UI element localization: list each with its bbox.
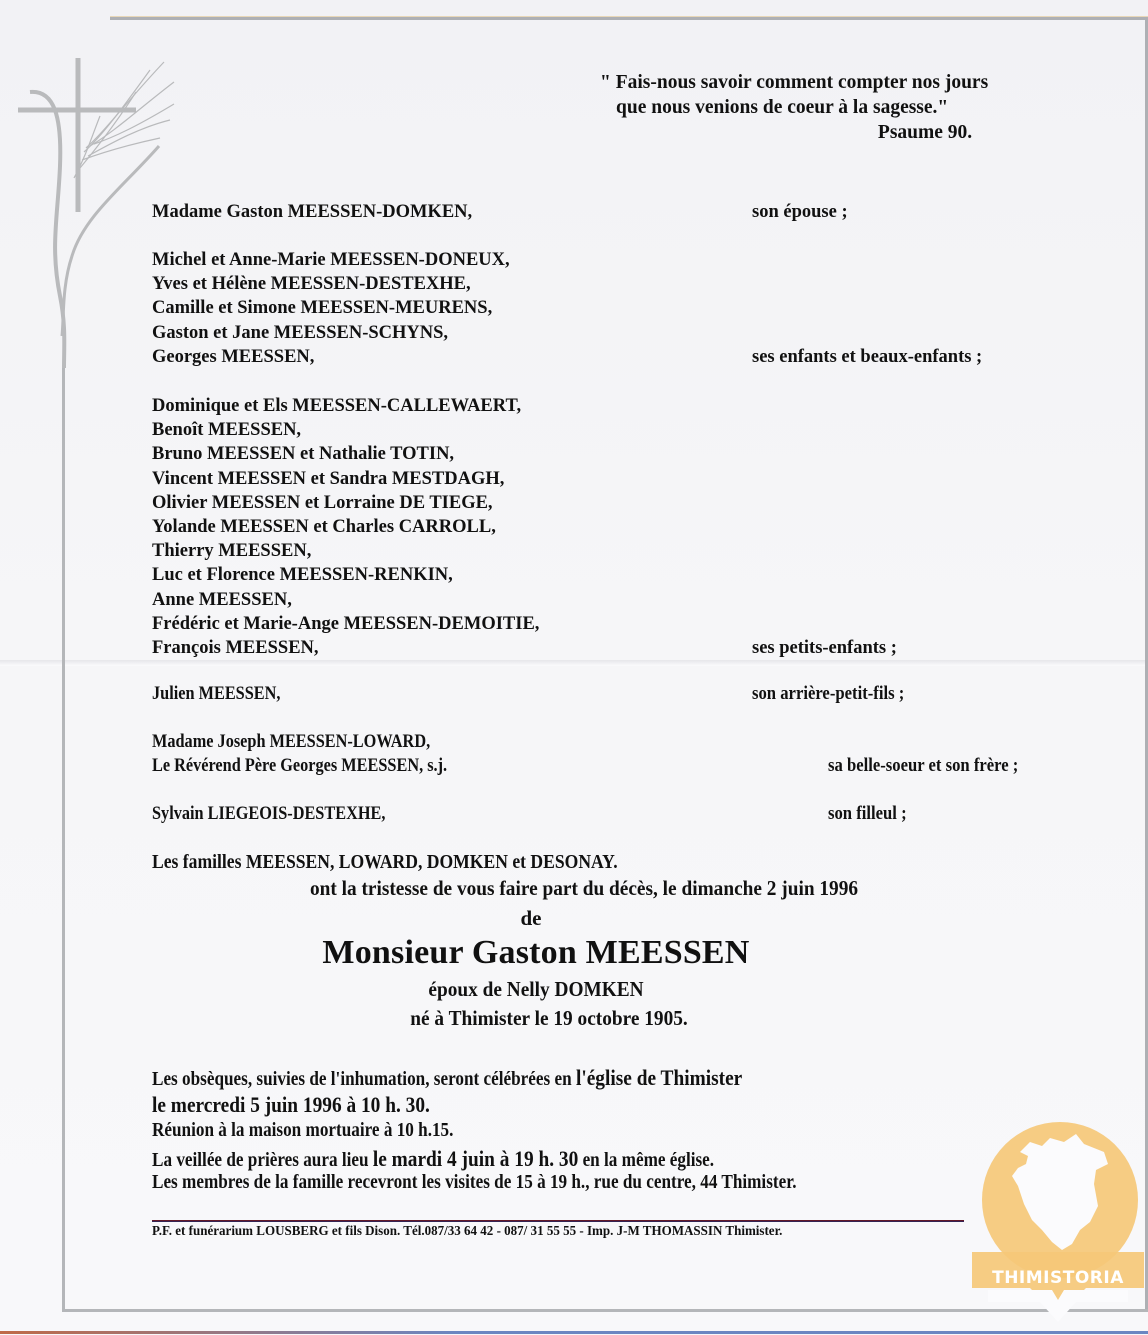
family-member-name: Camille et Simone MEESSEN-MEURENS, (152, 298, 492, 319)
family-member-name: Gaston et Jane MEESSEN-SCHYNS, (152, 323, 448, 344)
family-member-name: Madame Joseph MEESSEN-LOWARD, (152, 732, 430, 753)
family-relation: son épouse ; (752, 202, 848, 223)
footer-credits: P.F. et funérarium LOUSBERG et fils Diso… (152, 1224, 782, 1240)
psalm-quote: " Fais-nous savoir comment compter nos j… (600, 70, 988, 145)
church-name: l'église de Thimister (576, 1065, 742, 1090)
family-member-name: Olivier MEESSEN et Lorraine DE TIEGE, (152, 493, 493, 514)
visits-line: Les membres de la famille recevront les … (152, 1172, 797, 1194)
family-member-name: Sylvain LIEGEOIS-DESTEXHE, (152, 804, 385, 825)
family-relation: sa belle-soeur et son frère ; (828, 756, 1018, 777)
de-line: de (0, 906, 1062, 931)
deceased-name: Monsieur Gaston MEESSEN (0, 934, 1072, 972)
family-member-name: Michel et Anne-Marie MEESSEN-DONEUX, (152, 250, 510, 271)
family-member-name: Luc et Florence MEESSEN-RENKIN, (152, 565, 453, 586)
quote-line-1: " Fais-nous savoir comment compter nos j… (600, 70, 988, 95)
vigil-line: La veillée de prières aura lieu le mardi… (152, 1146, 714, 1172)
quote-line-2: que nous venions de coeur à la sagesse." (600, 95, 988, 120)
family-relation: ses enfants et beaux-enfants ; (752, 347, 982, 368)
thimistoria-map-logo (972, 1112, 1144, 1334)
vigil-text: La veillée de prières aura lieu (152, 1150, 373, 1171)
family-relation: son arrière-petit-fils ; (752, 684, 904, 705)
families-line: Les familles MEESSEN, LOWARD, DOMKEN et … (152, 851, 618, 874)
funeral-text: Les obsèques, suivies de l'inhumation, s… (152, 1069, 576, 1090)
family-member-name: Frédéric et Marie-Ange MEESSEN-DEMOITIE, (152, 614, 539, 635)
family-member-name: Yolande MEESSEN et Charles CARROLL, (152, 517, 496, 538)
funeral-line-1: Les obsèques, suivies de l'inhumation, s… (152, 1065, 742, 1091)
vigil-place: en la même église. (578, 1150, 714, 1171)
family-member-name: Thierry MEESSEN, (152, 541, 311, 562)
family-member-name: Benoît MEESSEN, (152, 420, 301, 441)
family-member-name: Le Révérend Père Georges MEESSEN, s.j. (152, 756, 447, 777)
footer-rule (152, 1220, 964, 1222)
family-member-name: Dominique et Els MEESSEN-CALLEWAERT, (152, 396, 521, 417)
family-member-name: Georges MEESSEN, (152, 347, 314, 368)
logo-label: THIMISTORIA (972, 1268, 1144, 1288)
meeting-line: Réunion à la maison mortuaire à 10 h.15. (152, 1120, 453, 1142)
paper-fold (0, 660, 1148, 666)
frame-border-top (110, 16, 1148, 20)
family-member-name: Yves et Hélène MEESSEN-DESTEXHE, (152, 274, 471, 295)
family-member-name: François MEESSEN, (152, 638, 319, 659)
family-member-name: Bruno MEESSEN et Nathalie TOTIN, (152, 444, 454, 465)
funeral-date: le mercredi 5 juin 1996 à 10 h. 30. (152, 1092, 430, 1118)
family-relation: son filleul ; (828, 804, 907, 825)
frame-border-left (62, 368, 65, 1312)
birth-line: né à Thimister le 19 octobre 1905. (44, 1006, 1054, 1031)
announcement-line: ont la tristesse de vous faire part du d… (47, 876, 1122, 901)
vigil-date: le mardi 4 juin à 19 h. 30 (373, 1146, 578, 1171)
family-member-name: Madame Gaston MEESSEN-DOMKEN, (152, 202, 472, 223)
family-member-name: Julien MEESSEN, (152, 684, 280, 705)
family-relation: ses petits-enfants ; (752, 638, 897, 659)
spouse-line: époux de Nelly DOMKEN (43, 977, 1029, 1002)
family-member-name: Anne MEESSEN, (152, 590, 292, 611)
quote-source: Psaume 90. (600, 120, 988, 145)
family-member-name: Vincent MEESSEN et Sandra MESTDAGH, (152, 469, 504, 490)
thimistoria-logo: THIMISTORIA (972, 1112, 1144, 1334)
